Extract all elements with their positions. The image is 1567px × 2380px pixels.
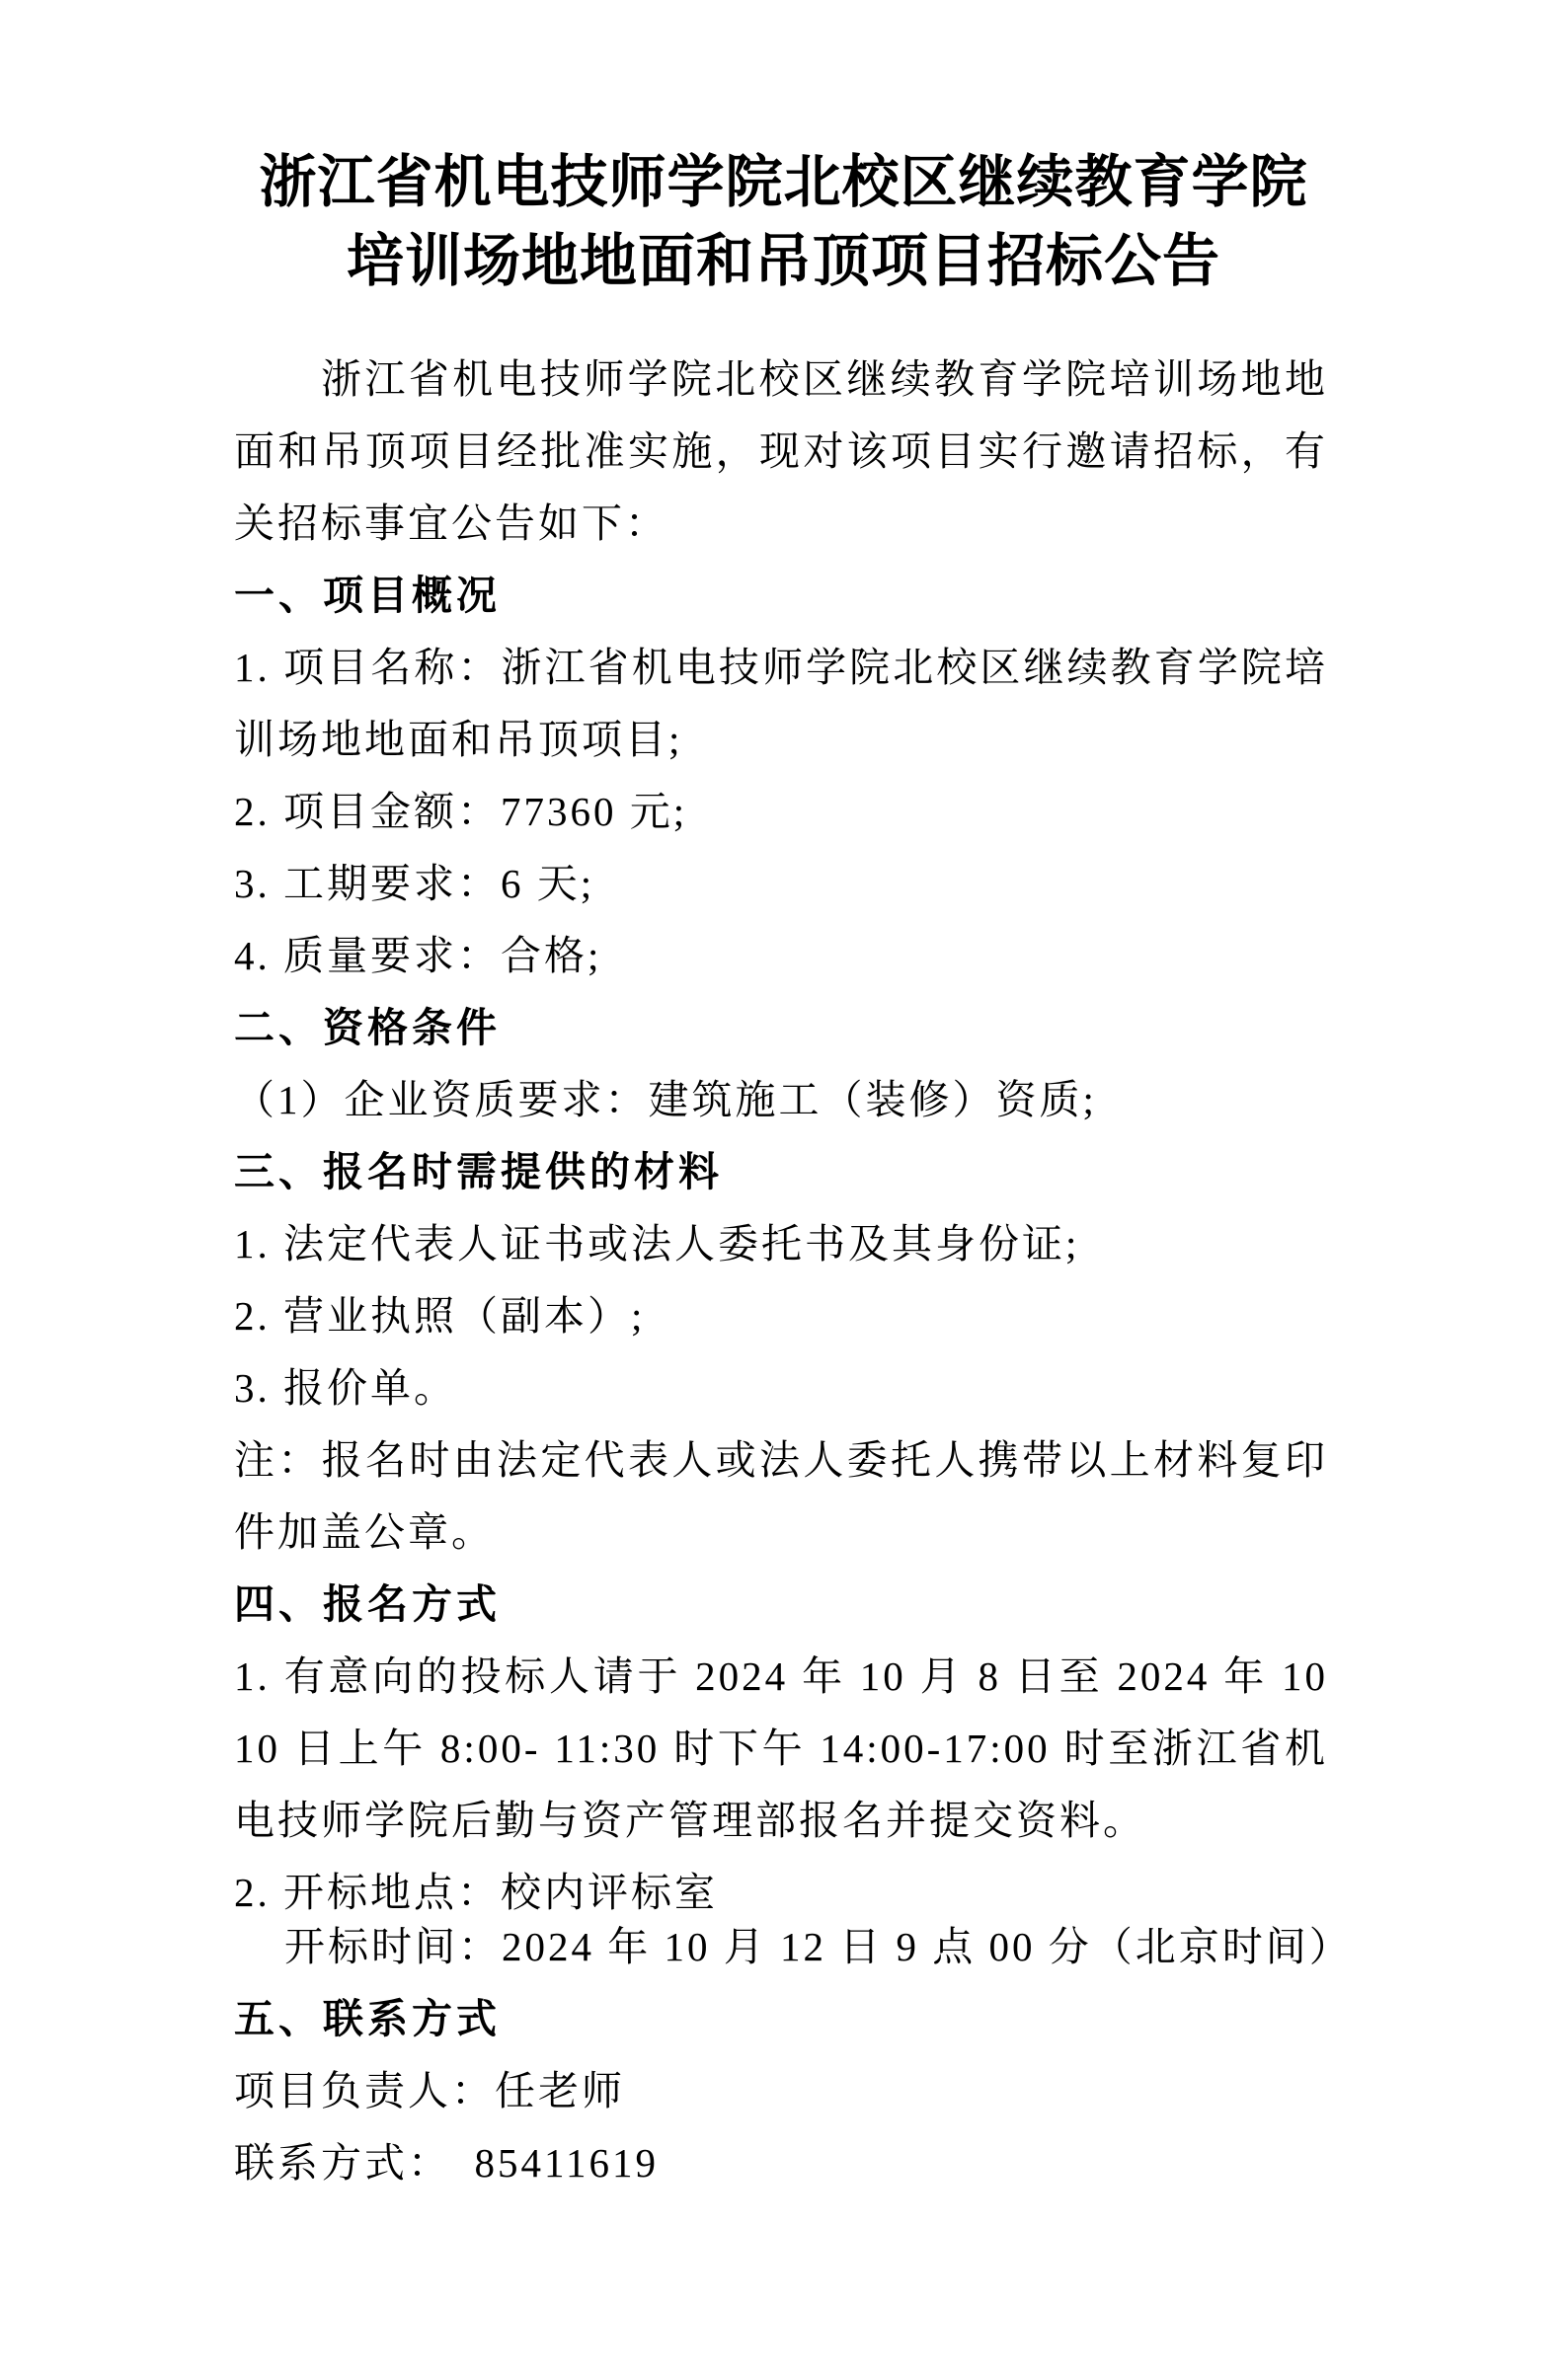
document-title: 浙江省机电技师学院北校区继续教育学院 培训场地地面和吊顶项目招标公告 (0, 143, 1567, 301)
section-3-heading-materials: 三、报名时需提供的材料 (234, 1136, 1328, 1208)
section-5-heading-contact: 五、联系方式 (234, 1983, 1328, 2055)
material-item-3-line: 3. 报价单。 (234, 1352, 1328, 1424)
registration-time-line-3: 电技师学院后勤与资产管理部报名并提交资料。 (234, 1785, 1328, 1857)
note-line-1: 注：报名时由法定代表人或法人委托人携带以上材料复印 (234, 1424, 1328, 1497)
section-2-heading-qualification: 二、资格条件 (234, 992, 1328, 1064)
bid-announcement-document: 浙江省机电技师学院北校区继续教育学院 培训场地地面和吊顶项目招标公告 浙江省机电… (0, 0, 1567, 2380)
project-name-line-2: 训场地地面和吊顶项目; (234, 704, 1328, 776)
document-title-line-2: 培训场地地面和吊顶项目招标公告 (0, 222, 1567, 301)
project-amount-line: 2. 项目金额：77360 元; (234, 776, 1328, 848)
material-item-2-line: 2. 营业执照（副本）; (234, 1280, 1328, 1352)
construction-period-line: 3. 工期要求：6 天; (234, 848, 1328, 920)
note-line-2: 件加盖公章。 (234, 1497, 1328, 1569)
section-4-heading-registration: 四、报名方式 (234, 1569, 1328, 1641)
enterprise-qualification-line: （1）企业资质要求：建筑施工（装修）资质; (234, 1064, 1328, 1136)
intro-paragraph-line-3: 关招标事宜公告如下： (234, 488, 1328, 560)
document-body: 浙江省机电技师学院北校区继续教育学院培训场地地 面和吊顶项目经批准实施，现对该项… (234, 344, 1328, 2199)
registration-time-line-2: 10 日上午 8:00- 11:30 时下午 14:00-17:00 时至浙江省… (234, 1713, 1328, 1785)
registration-time-line-1: 1. 有意向的投标人请于 2024 年 10 月 8 日至 2024 年 10 … (234, 1641, 1328, 1713)
project-manager-line: 项目负责人：任老师 (234, 2055, 1328, 2127)
project-name-line-1: 1. 项目名称：浙江省机电技师学院北校区继续教育学院培 (234, 632, 1328, 704)
intro-paragraph-line-2: 面和吊顶项目经批准实施，现对该项目实行邀请招标，有 (234, 416, 1328, 488)
section-1-heading-project-overview: 一、项目概况 (234, 560, 1328, 632)
document-title-line-1: 浙江省机电技师学院北校区继续教育学院 (0, 143, 1567, 222)
contact-phone-line: 联系方式： 85411619 (234, 2127, 1328, 2199)
intro-paragraph-line-1: 浙江省机电技师学院北校区继续教育学院培训场地地 (234, 344, 1328, 416)
quality-requirement-line: 4. 质量要求：合格; (234, 920, 1328, 992)
bid-opening-time-line: 开标时间：2024 年 10 月 12 日 9 点 00 分（北京时间） (234, 1911, 1328, 1983)
material-item-1-line: 1. 法定代表人证书或法人委托书及其身份证; (234, 1208, 1328, 1280)
